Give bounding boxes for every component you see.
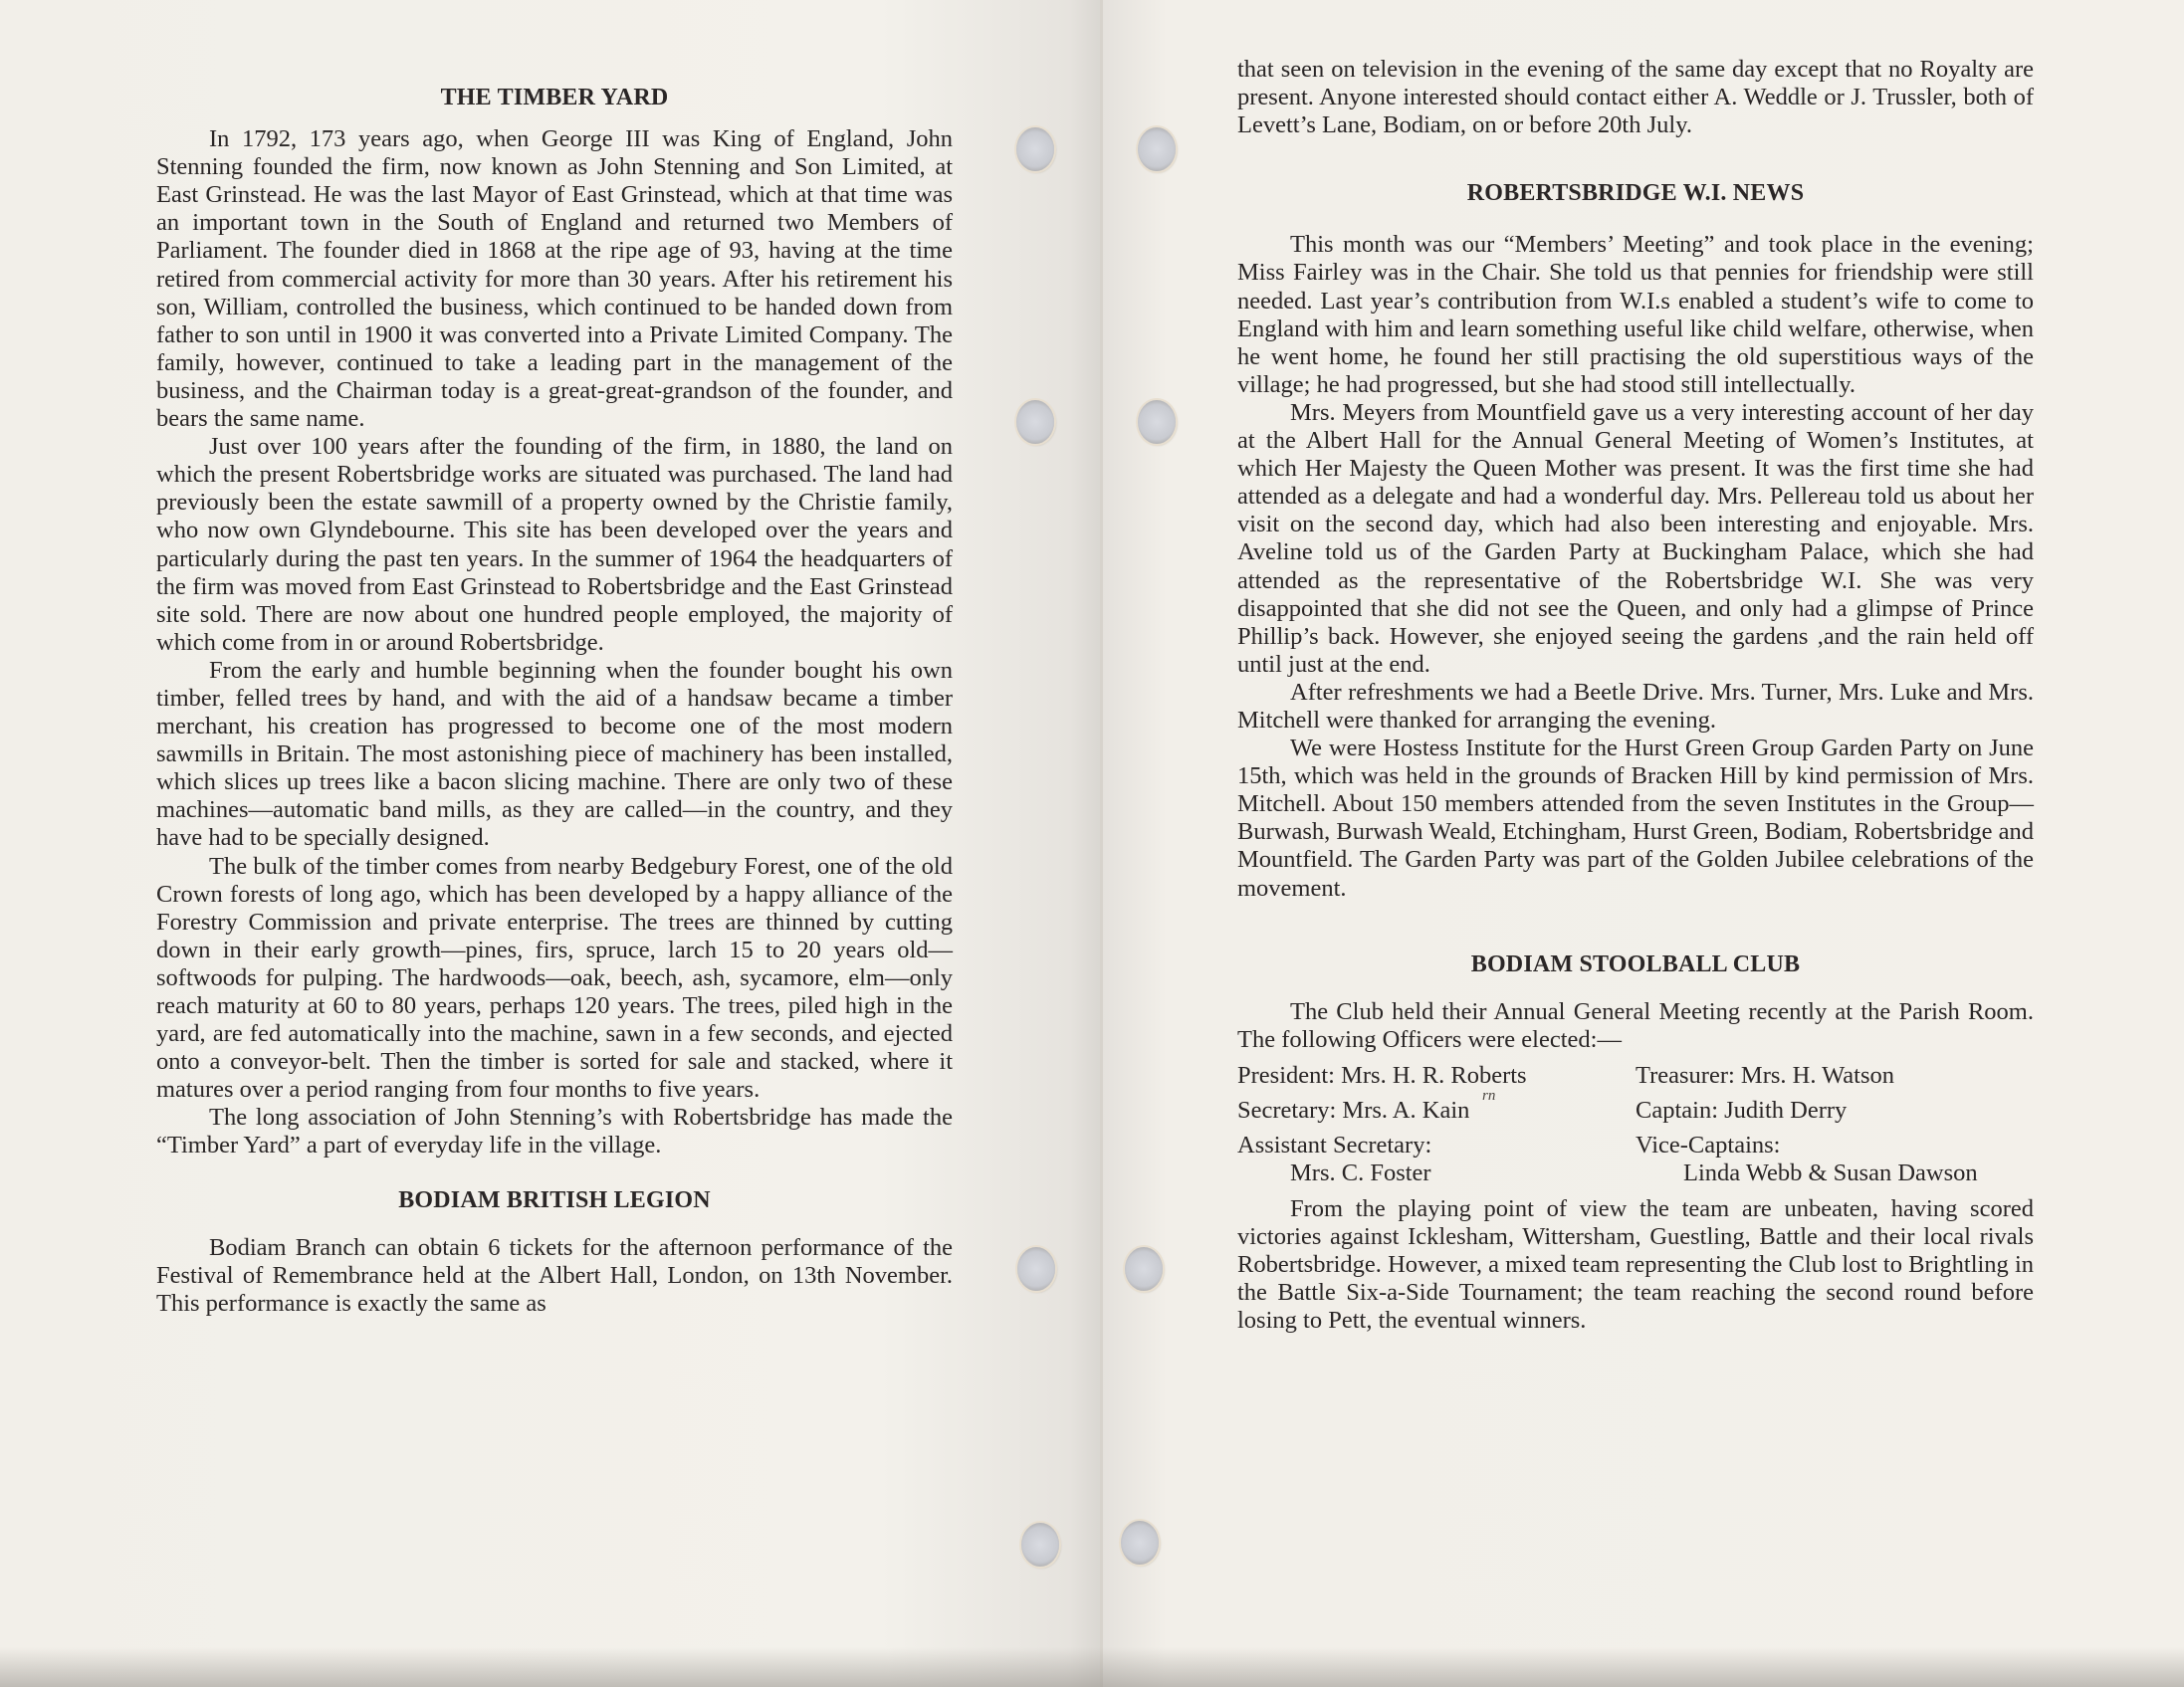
punch-hole-icon bbox=[1125, 1247, 1163, 1291]
officer-treasurer: Treasurer: Mrs. H. Watson bbox=[1636, 1058, 2034, 1093]
heading-british-legion: BODIAM BRITISH LEGION bbox=[156, 1186, 953, 1214]
wi-news-paragraph: Mrs. Meyers from Mountfield gave us a ve… bbox=[1237, 399, 2034, 679]
punch-hole-icon bbox=[1017, 1247, 1055, 1291]
punch-hole-icon bbox=[1016, 127, 1054, 171]
officer-assistant-secretary-label: Assistant Secretary: bbox=[1237, 1128, 1636, 1160]
stoolball-closing: From the playing point of view the team … bbox=[1237, 1195, 2034, 1335]
officer-captain: Captain: Judith Derry bbox=[1636, 1093, 2034, 1128]
officers-list: President: Mrs. H. R. Roberts Treasurer:… bbox=[1237, 1058, 2034, 1187]
timber-yard-paragraph: The long association of John Stenning’s … bbox=[156, 1104, 953, 1160]
timber-yard-paragraph: Just over 100 years after the founding o… bbox=[156, 433, 953, 657]
heading-timber-yard: THE TIMBER YARD bbox=[156, 84, 953, 111]
booklet-spread: THE TIMBER YARD In 1792, 173 years ago, … bbox=[0, 0, 2184, 1687]
officer-president: President: Mrs. H. R. Roberts bbox=[1237, 1058, 1636, 1093]
page-gutter bbox=[1100, 0, 1103, 1687]
heading-wi-news: ROBERTSBRIDGE W.I. NEWS bbox=[1237, 179, 2034, 207]
timber-yard-paragraph: In 1792, 173 years ago, when George III … bbox=[156, 125, 953, 433]
punch-hole-icon bbox=[1121, 1521, 1159, 1565]
handwritten-correction: rn bbox=[1482, 1079, 1495, 1114]
wi-news-paragraph: After refreshments we had a Beetle Drive… bbox=[1237, 679, 2034, 735]
scan-shadow bbox=[0, 1647, 2184, 1687]
punch-hole-icon bbox=[1138, 127, 1176, 171]
left-column: THE TIMBER YARD In 1792, 173 years ago, … bbox=[156, 84, 953, 1318]
timber-yard-paragraph: From the early and humble beginning when… bbox=[156, 657, 953, 853]
punch-hole-icon bbox=[1138, 400, 1176, 444]
heading-stoolball-club: BODIAM STOOLBALL CLUB bbox=[1237, 950, 2034, 978]
officer-assistant-secretary-name: Mrs. C. Foster bbox=[1237, 1160, 1636, 1187]
punch-hole-icon bbox=[1021, 1523, 1059, 1567]
wi-news-paragraph: We were Hostess Institute for the Hurst … bbox=[1237, 735, 2034, 903]
officer-vice-captains-label: Vice-Captains: bbox=[1636, 1128, 2034, 1160]
right-column: that seen on television in the evening o… bbox=[1237, 56, 2034, 1335]
officer-vice-captains-names: Linda Webb & Susan Dawson bbox=[1636, 1160, 2034, 1187]
punch-hole-icon bbox=[1016, 400, 1054, 444]
wi-news-paragraph: This month was our “Members’ Meeting” an… bbox=[1237, 231, 2034, 399]
officer-secretary: Secretary: Mrs. A. Kain rn bbox=[1237, 1093, 1636, 1128]
officer-secretary-text: Secretary: Mrs. A. Kain bbox=[1237, 1097, 1469, 1124]
british-legion-paragraph: Bodiam Branch can obtain 6 tickets for t… bbox=[156, 1234, 953, 1318]
british-legion-continued: that seen on television in the evening o… bbox=[1237, 56, 2034, 139]
stoolball-intro: The Club held their Annual General Meeti… bbox=[1237, 998, 2034, 1054]
timber-yard-paragraph: The bulk of the timber comes from nearby… bbox=[156, 853, 953, 1105]
